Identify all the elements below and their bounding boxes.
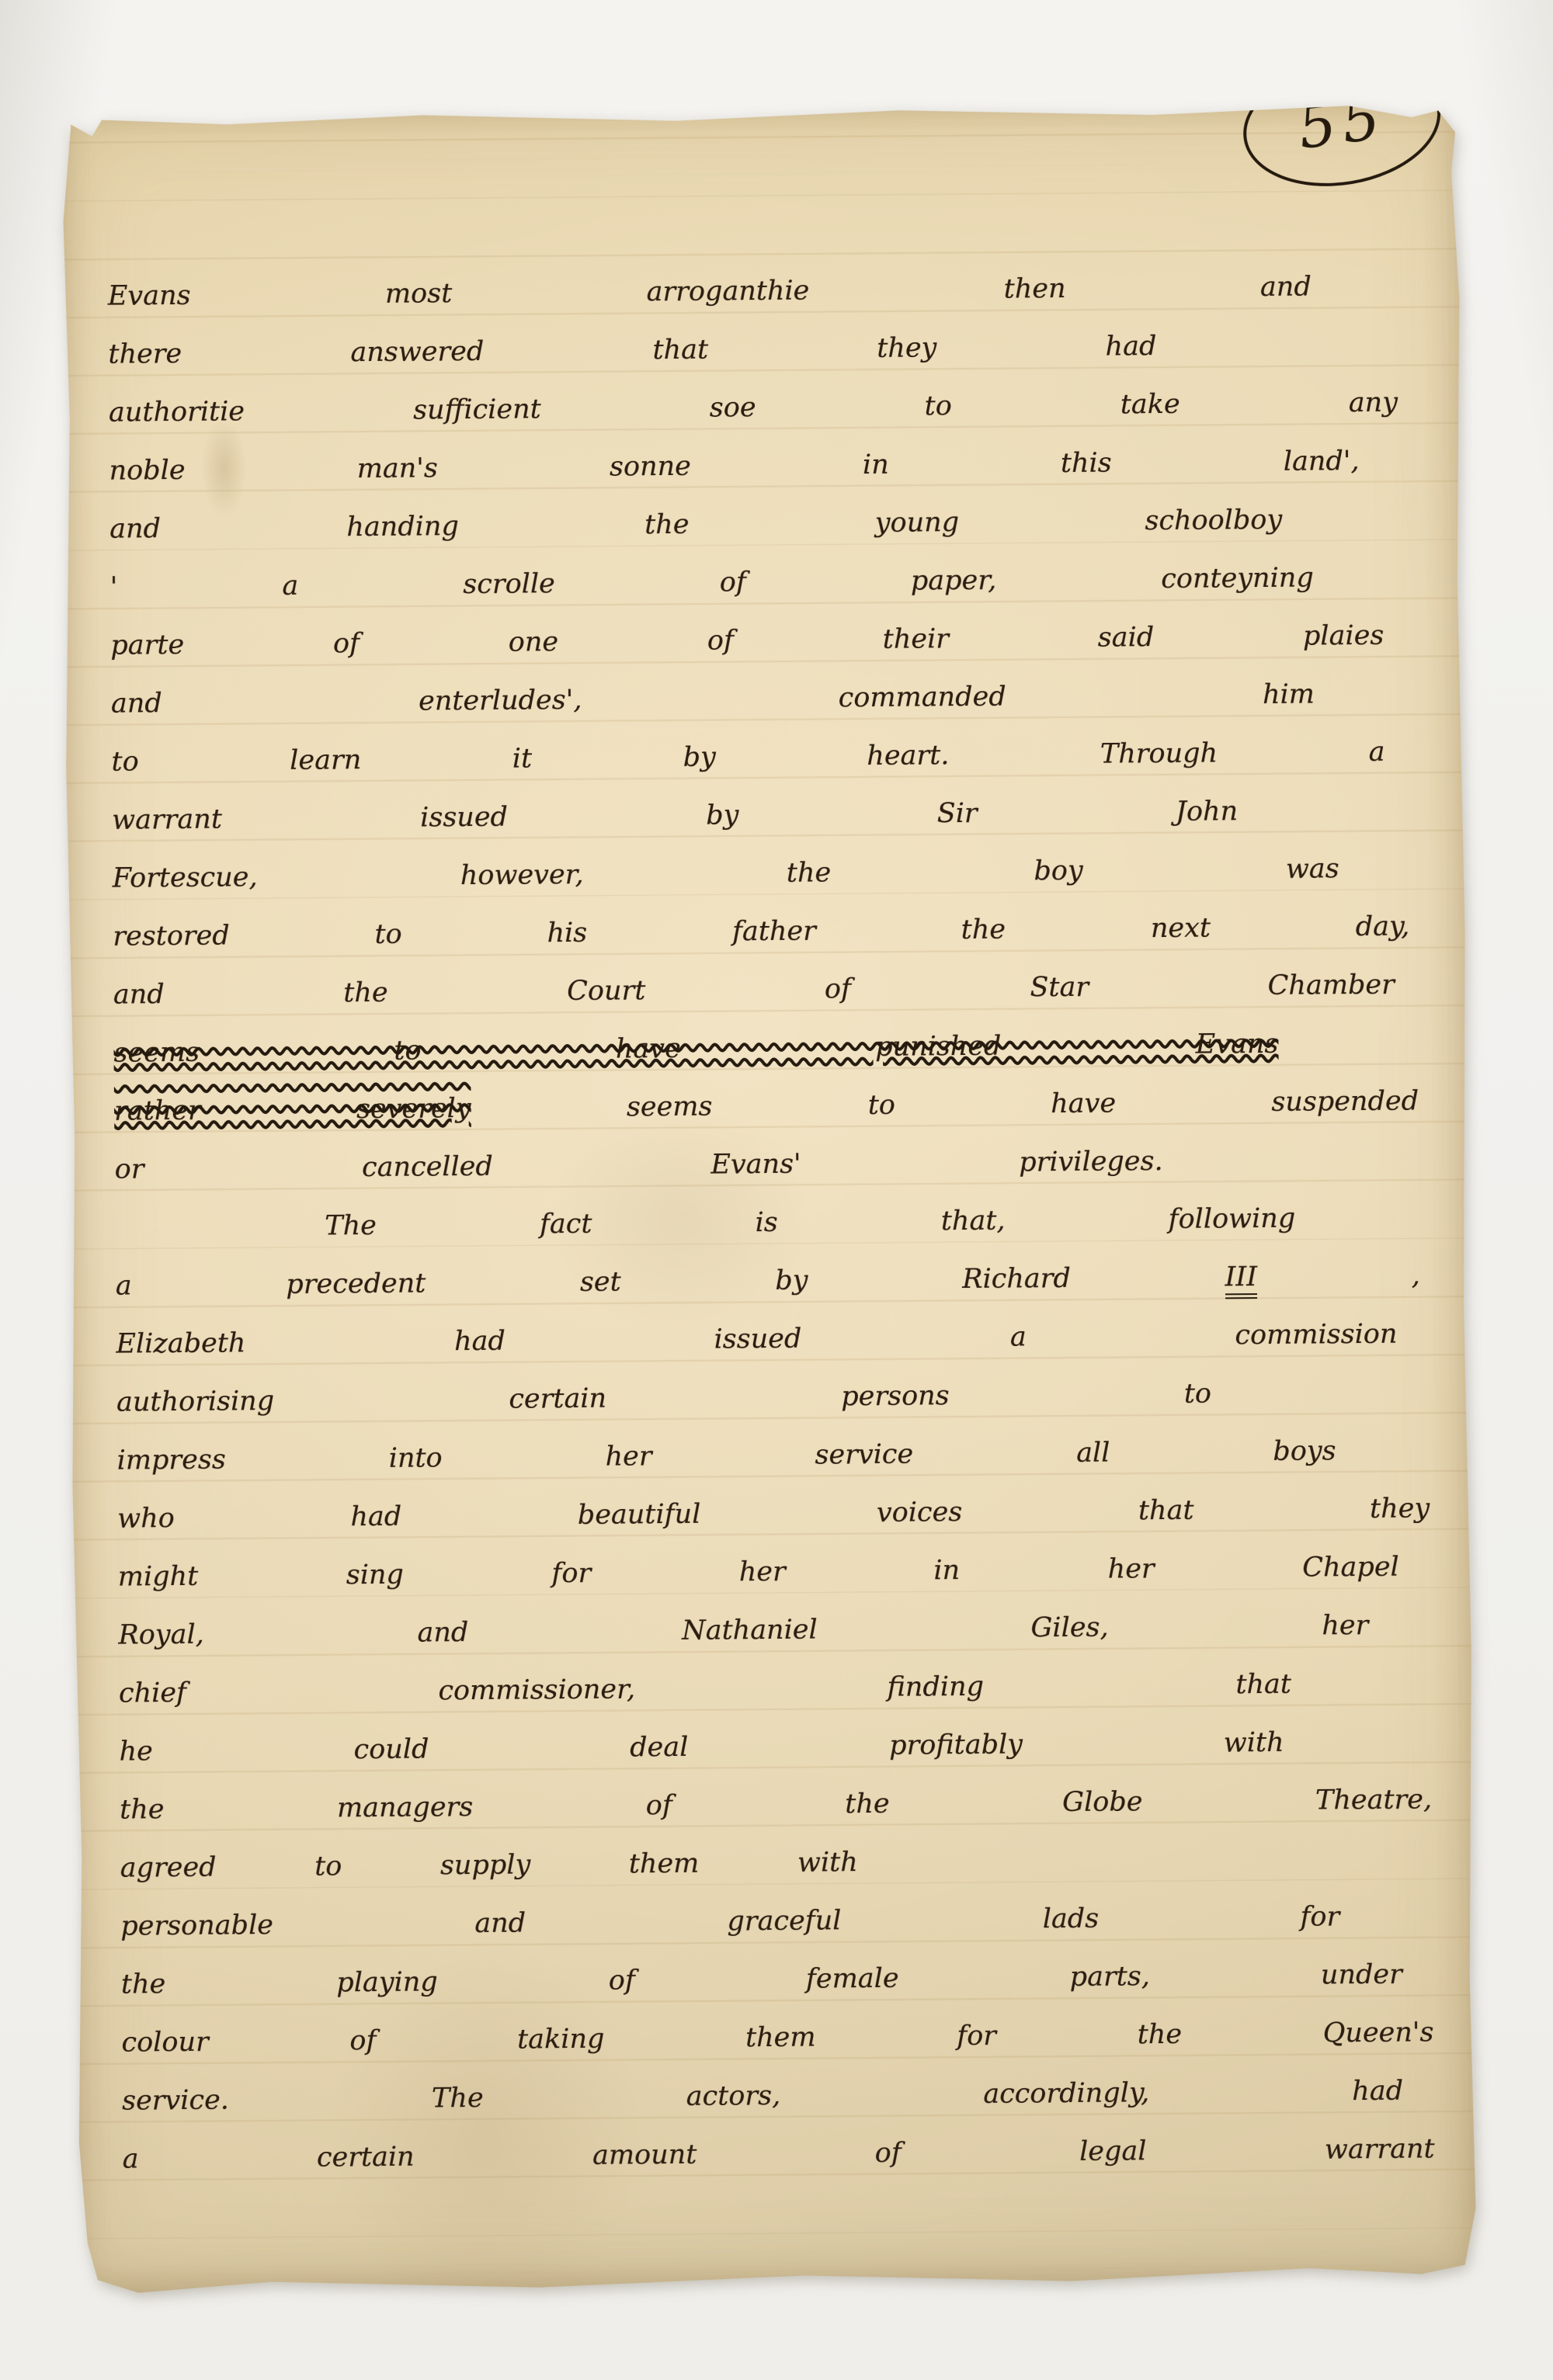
- manuscript-line-16: or cancelled Evans' privileges.: [114, 1133, 1163, 1199]
- handwritten-text: warrant issued by Sir John: [112, 796, 1238, 835]
- handwritten-text: who had beautiful voices that they: [117, 1493, 1430, 1534]
- manuscript-line-9: to learn it by heart. Through a: [111, 723, 1385, 792]
- manuscript-line-14: seems to have punished Evans: [113, 1015, 1279, 1083]
- manuscript-line-21: impress into her service all boys: [116, 1422, 1336, 1490]
- manuscript-line-7: parte of one of their said plaies: [110, 607, 1384, 675]
- manuscript-line-28: agreed to supply them with: [120, 1834, 858, 1897]
- handwritten-text: The fact is that, following: [325, 1203, 1295, 1242]
- handwritten-text: there answered that they had: [108, 331, 1156, 370]
- handwritten-text: seems to have suspended: [627, 1085, 1419, 1122]
- manuscript-line-18: a precedent set by Richard III ,: [116, 1247, 1421, 1315]
- manuscript-line-11: Fortescue, however, the boy was: [112, 840, 1339, 907]
- handwritten-text: might sing for her in her Chapel: [118, 1552, 1399, 1593]
- manuscript-line-13: and the Court of Star Chamber: [113, 956, 1395, 1025]
- handwritten-text: impress into her service all boys: [116, 1435, 1336, 1476]
- manuscript-line-8: and enterludes', commanded him: [111, 665, 1315, 733]
- handwritten-text: or cancelled Evans' privileges.: [115, 1146, 1163, 1185]
- manuscript-line-6: ' a scrolle of paper, conteyning: [109, 549, 1314, 616]
- handwritten-text: Royal, and Nathaniel Giles, her: [118, 1610, 1368, 1651]
- handwritten-text: and the Court of Star Chamber: [113, 970, 1395, 1011]
- handwritten-text: personable and graceful lads for: [120, 1901, 1339, 1941]
- handwritten-text: to learn it by heart. Through a: [111, 737, 1384, 778]
- handwritten-text: Fortescue, however, the boy was: [113, 853, 1339, 893]
- handwritten-text: agreed to supply them with: [120, 1847, 858, 1883]
- manuscript-line-32: service. The actors, accordingly, had: [122, 2063, 1404, 2131]
- handwritten-text-block: Evans most arroganthie then and there an…: [108, 257, 1430, 2188]
- handwritten-text: he could deal profitably with: [119, 1727, 1284, 1768]
- handwritten-text: a precedent set by Richard: [116, 1263, 1071, 1302]
- manuscript-line-26: he could deal profitably with: [119, 1714, 1284, 1782]
- manuscript-line-29: personable and graceful lads for: [120, 1888, 1340, 1955]
- manuscript-sheet-wrapper: 55 Evans most arroganthie then and there…: [58, 102, 1478, 2295]
- handwritten-text: a certain amount of legal warrant: [123, 2133, 1435, 2174]
- handwritten-text: Elizabeth had issued a commission: [116, 1319, 1397, 1360]
- handwritten-text: authoritie sufficient soe to take any: [109, 387, 1398, 428]
- manuscript-line-15: rather severely seems to have suspended: [114, 1072, 1419, 1140]
- manuscript-line-20: authorising certain persons to: [116, 1365, 1212, 1432]
- manuscript-line-24: Royal, and Nathaniel Giles, her: [118, 1597, 1369, 1665]
- handwritten-text: restored to his father the next day,: [113, 911, 1409, 952]
- manuscript-line-31: colour of taking them for the Queen's: [121, 2004, 1434, 2072]
- handwritten-text: Evans most arroganthie then and: [108, 271, 1312, 311]
- handwritten-text: noble man's sonne in this land',: [109, 446, 1359, 487]
- struck-out-text: rather severely: [114, 1093, 471, 1127]
- manuscript-line-19: Elizabeth had issued a commission: [116, 1306, 1398, 1374]
- handwritten-text: chief commissioner, finding that: [119, 1669, 1291, 1709]
- manuscript-line-5: and handing the young schoolboy: [109, 491, 1283, 559]
- handwritten-text: colour of taking them for the Queen's: [121, 2017, 1433, 2058]
- handwritten-text: ,: [1412, 1260, 1420, 1291]
- underlined-text: III: [1225, 1261, 1257, 1299]
- handwritten-text: the playing of female parts, under: [121, 1959, 1402, 2000]
- manuscript-line-17: The fact is that, following: [325, 1190, 1296, 1256]
- manuscript-line-25: chief commissioner, finding that: [119, 1656, 1292, 1723]
- manuscript-line-10: warrant issued by Sir John: [112, 782, 1239, 849]
- manuscript-line-23: might sing for her in her Chapel: [118, 1539, 1400, 1607]
- manuscript-page: 55 Evans most arroganthie then and there…: [58, 102, 1478, 2295]
- handwritten-text: ' a scrolle of paper, conteyning: [110, 562, 1314, 602]
- manuscript-line-1: Evans most arroganthie then and: [108, 258, 1312, 325]
- struck-out-text: seems to have punished Evans: [113, 1029, 1278, 1069]
- manuscript-line-4: noble man's sonne in this land',: [109, 432, 1360, 501]
- handwritten-text: service. The actors, accordingly, had: [122, 2076, 1403, 2117]
- handwritten-text: and enterludes', commanded him: [111, 678, 1315, 719]
- manuscript-line-3: authoritie sufficient soe to take any: [109, 374, 1398, 442]
- handwritten-text: parte of one of their said plaies: [110, 620, 1384, 661]
- handwritten-text: the managers of the Globe Theatre,: [120, 1784, 1432, 1825]
- manuscript-line-12: restored to his father the next day,: [113, 898, 1410, 966]
- manuscript-line-2: there answered that they had: [108, 317, 1157, 384]
- manuscript-line-30: the playing of female parts, under: [121, 1946, 1403, 2014]
- scanned-document: { "document": { "page_number": "55", "li…: [0, 0, 1553, 2380]
- manuscript-line-22: who had beautiful voices that they: [117, 1480, 1430, 1548]
- manuscript-line-33: a certain amount of legal warrant: [122, 2120, 1435, 2188]
- manuscript-line-27: the managers of the Globe Theatre,: [120, 1771, 1433, 1839]
- handwritten-text: authorising certain persons to: [116, 1379, 1211, 1418]
- handwritten-text: and handing the young schoolboy: [109, 505, 1282, 545]
